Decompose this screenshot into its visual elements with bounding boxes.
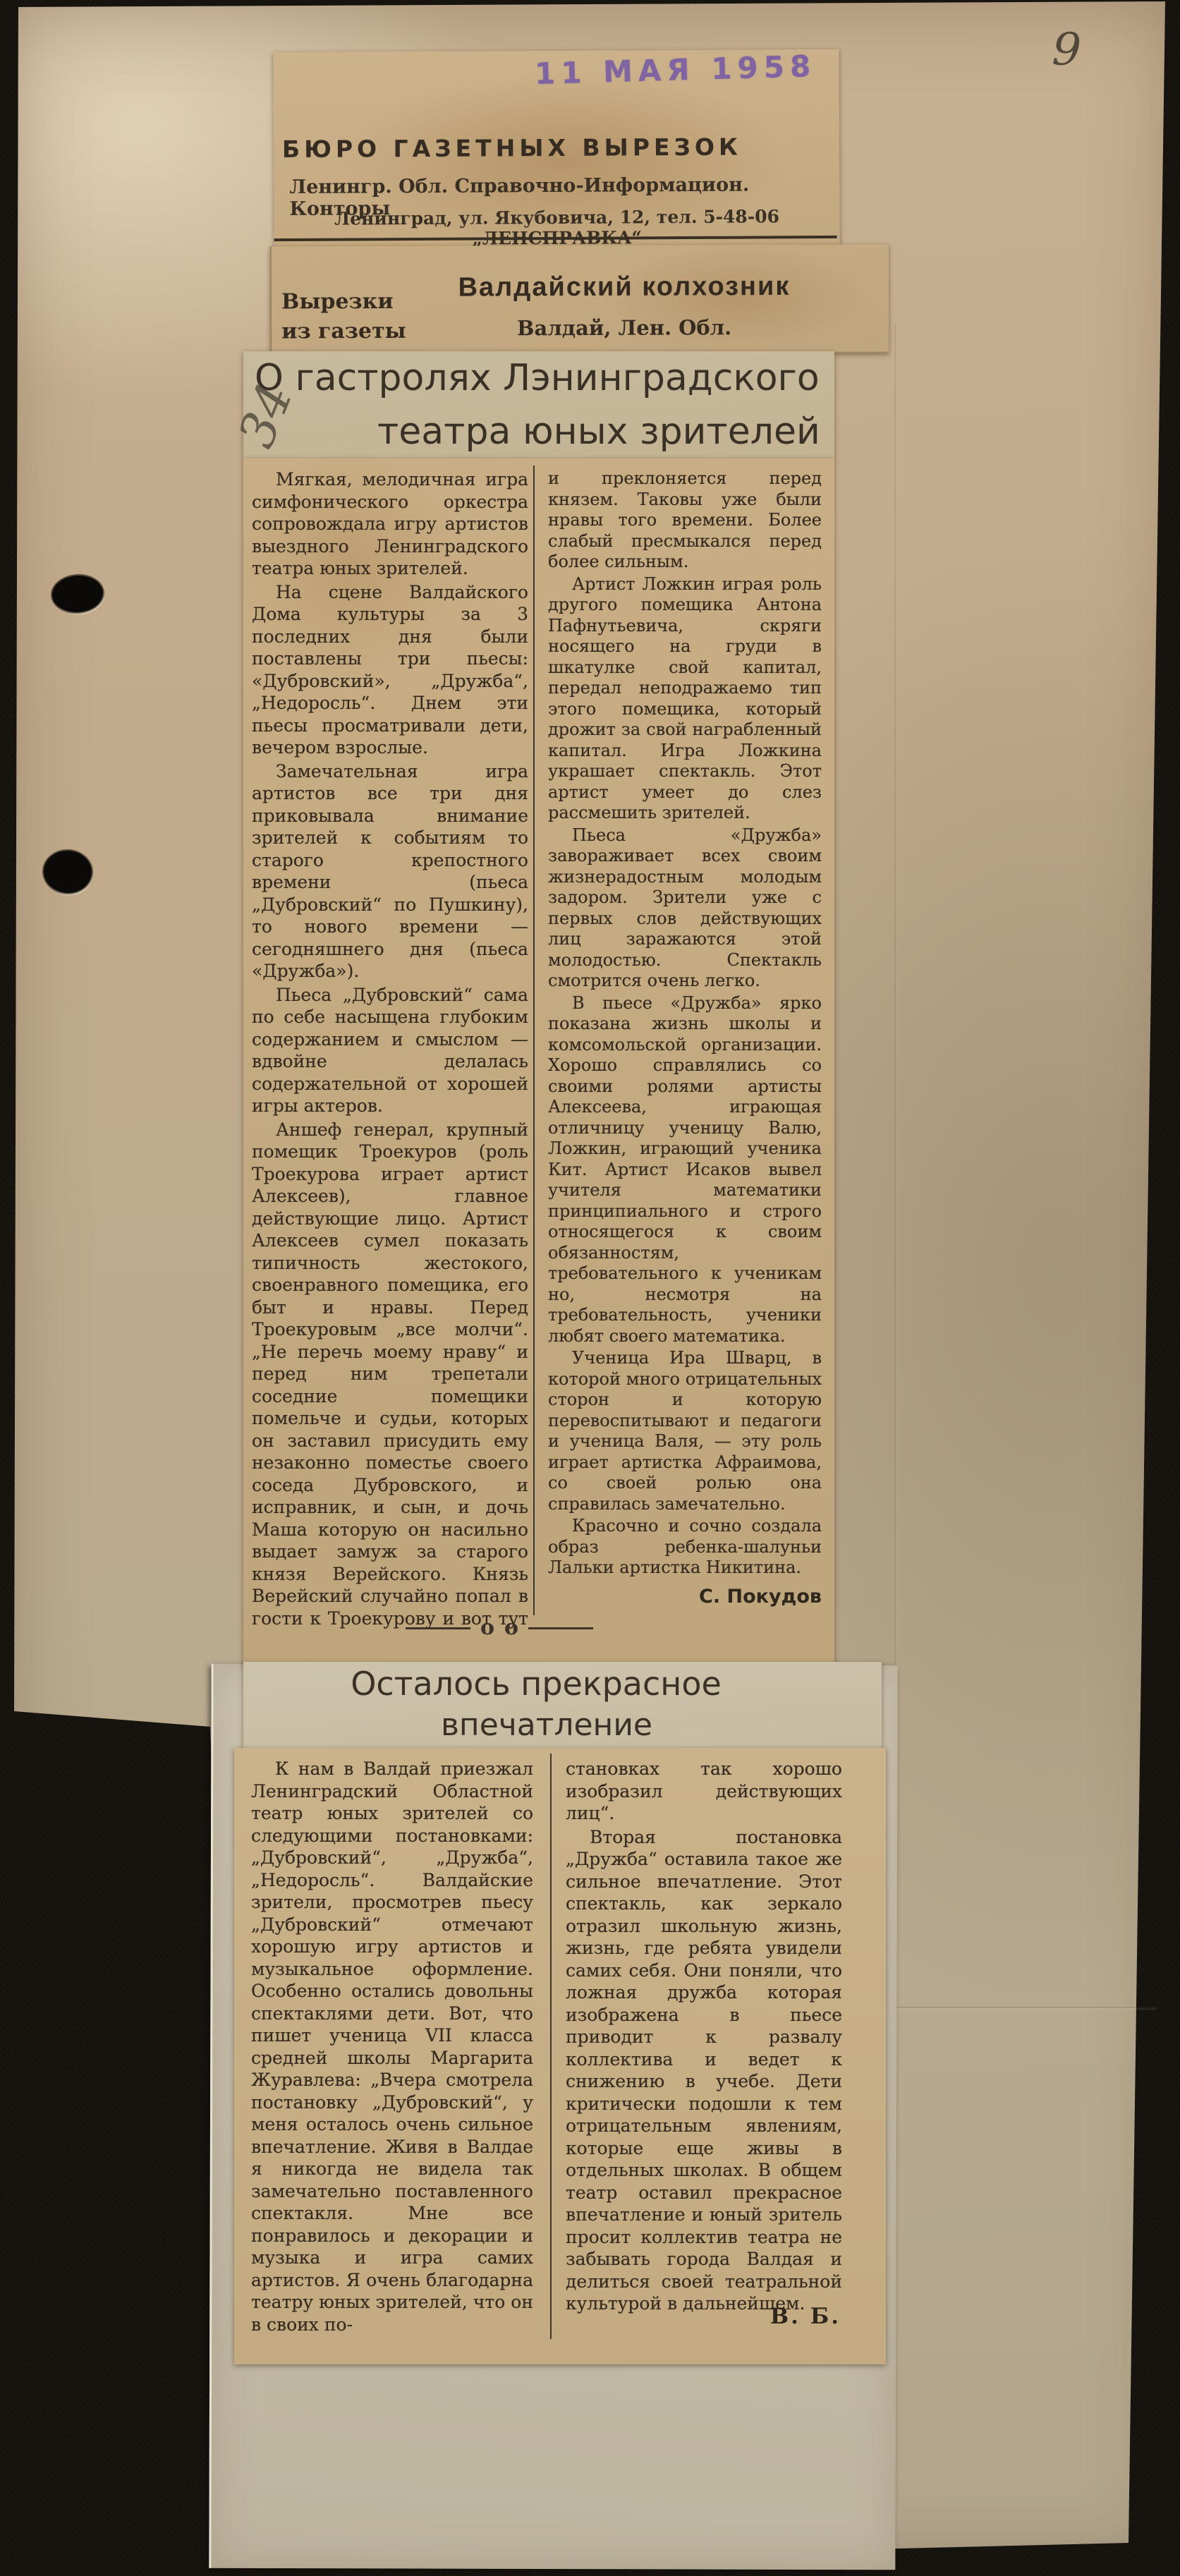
handwritten-page-number: 9 (1051, 23, 1083, 77)
divider-rule (528, 1627, 593, 1629)
article1-column-1: Мягкая, мелодичная игра симфонического о… (252, 468, 528, 1629)
paragraph: В пьесе «Дружба» ярко показана жизнь шко… (548, 993, 822, 1347)
article1-body: Мягкая, мелодичная игра симфонического о… (243, 458, 834, 1665)
article2-headline-line1: Осталось прекрасное (243, 1665, 829, 1703)
paragraph: К нам в Валдай приезжал Ленинградский Об… (251, 1758, 533, 2335)
article2-headline-strip: Осталось прекрасное впечатление (243, 1662, 882, 1748)
article1-headline-line1: О гастролях Лэнинградского (255, 357, 820, 399)
newspaper-location: Валдай, Лен. Обл. (377, 315, 871, 341)
article2-body: К нам в Валдай приезжал Ленинградский Об… (234, 1748, 886, 2364)
divider-circle: о (504, 1621, 518, 1635)
article2-headline-line2: впечатление (243, 1707, 850, 1743)
article2-column-2: становках так хорошо изобразил действующ… (566, 1758, 842, 2315)
paragraph: становках так хорошо изобразил действующ… (566, 1758, 842, 1825)
vertical-crease (894, 324, 896, 1721)
article1-column-2: и преклоняется перед князем. Таковы уже … (548, 468, 822, 1594)
article1-headline-strip: О гастролях Лэнинградского театра юных з… (243, 351, 834, 458)
paragraph: Замечательная игра артистов все три дня … (252, 760, 528, 983)
paragraph: Ученица Ира Шварц, в которой много отриц… (548, 1348, 822, 1514)
paragraph: Пьеса «Дружба» завораживает всех своим ж… (548, 825, 822, 992)
paragraph: Пьеса „Дубровский“ сама по себе насыщена… (252, 984, 528, 1117)
paragraph: Вторая постановка „Дружба“ оставила тако… (566, 1826, 842, 2315)
paragraph: Аншеф генерал, крупный помещик Троекуров… (252, 1119, 528, 1630)
divider-rule (406, 1627, 470, 1629)
source-strip: Вырезки из газеты Валдайский колхозник В… (270, 244, 889, 355)
bureau-title: БЮРО ГАЗЕТНЫХ ВЫРЕЗОК (282, 133, 742, 163)
paragraph: Артист Ложкин играя роль другого помещик… (548, 574, 822, 824)
article1-signature: С. Покудов (638, 1586, 822, 1608)
paragraph: На сцене Валдайского Дома культуры за 3 … (252, 581, 528, 759)
column-divider-rule (533, 466, 535, 1615)
paragraph: и преклоняется перед князем. Таковы уже … (548, 468, 822, 573)
section-divider-ornament: о о (406, 1621, 593, 1635)
paragraph: Красочно и сочно создала образ ребенка-ш… (548, 1516, 822, 1579)
column-divider-rule (550, 1754, 552, 2339)
paragraph: Мягкая, мелодичная игра симфонического о… (252, 468, 528, 580)
newspaper-name: Валдайский колхозник (377, 272, 871, 303)
scanned-page: 9 БЮРО ГАЗЕТНЫХ ВЫРЕЗОК Ленингр. Обл. Сп… (0, 0, 1180, 2576)
article2-signature: В. Б. (679, 2304, 841, 2329)
article2-column-1: К нам в Валдай приезжал Ленинградский Об… (251, 1758, 533, 2343)
article1-headline-line2: театра юных зрителей (377, 411, 820, 453)
divider-circle: о (480, 1621, 494, 1635)
